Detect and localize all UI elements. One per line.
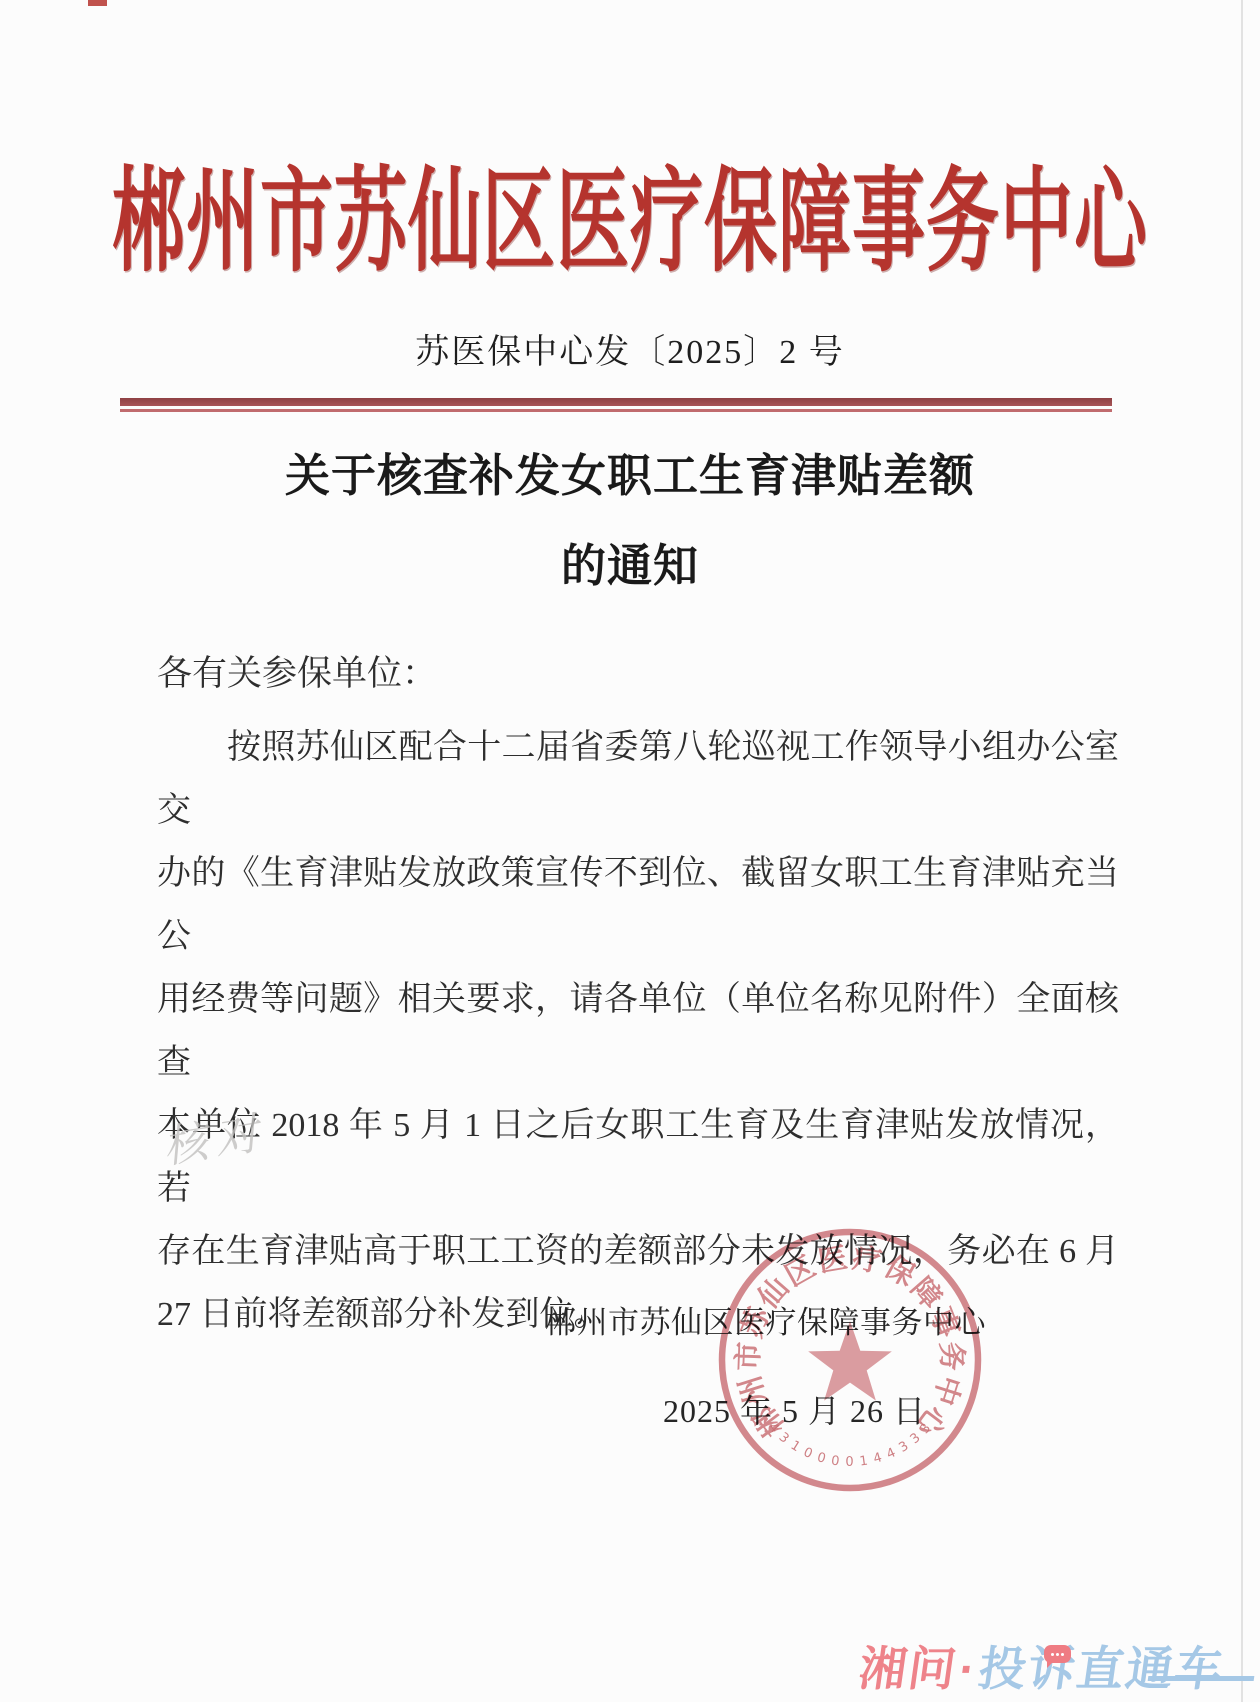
doc-number: 苏医保中心发〔2025〕2 号 [0, 324, 1260, 373]
letterhead-title: 郴州市苏仙区医疗保障事务中心 [112, 165, 1148, 278]
notice-title-line2: 的通知 [0, 542, 1260, 592]
seal-code-digit: 0 [830, 1453, 841, 1469]
watermark-underline [1148, 1676, 1255, 1681]
seal-ring-char: 市 [732, 1341, 766, 1371]
seal-ring-char: 医 [816, 1241, 850, 1278]
watermark: 湘问·投诉直通车 [855, 1632, 1229, 1699]
seal-ring-char: 州 [734, 1372, 773, 1409]
seal-code-digit: 0 [815, 1450, 828, 1467]
seal-code-digit: 4 [884, 1445, 899, 1462]
document-page: 郴州市苏仙区医疗保障事务中心 苏医保中心发〔2025〕2 号 关于核查补发女职工… [0, 0, 1260, 1702]
rule-thin-bar [120, 409, 1112, 412]
body-line: 用经费等问题》相关要求，请各单位（单位名称见附件）全面核查 [157, 968, 1119, 1094]
seal-code-digit: 4 [872, 1450, 885, 1467]
official-seal: 郴州市苏仙区医疗保障事务中心4310000144333 [705, 1215, 995, 1505]
seal-ring-char: 疗 [850, 1241, 884, 1278]
letterhead: 郴州市苏仙区医疗保障事务中心 [0, 162, 1260, 282]
salutation: 各有关参保单位： [157, 646, 437, 696]
rule-thick-bar [120, 398, 1112, 406]
body-line: 办的《生育津贴发放政策宣传不到位、截留女职工生育津贴充当公 [157, 842, 1119, 968]
seal-code-digit: 0 [845, 1455, 854, 1470]
seal-code-digit: 1 [788, 1438, 804, 1456]
notice-title-line1: 关于核查补发女职工生育津贴差额 [0, 452, 1260, 502]
speech-bubble-icon [1044, 1645, 1071, 1663]
scan-corner-mark [88, 0, 107, 6]
watermark-pink-text: 湘问 [856, 1642, 961, 1695]
body-line: 本单位 2018 年 5 月 1 日之后女职工生育及生育津贴发放情况，若 [157, 1094, 1119, 1220]
seal-code-digit: 0 [801, 1445, 816, 1462]
seal-star-icon [808, 1321, 892, 1401]
seal-code-digit: 1 [859, 1453, 870, 1469]
body-line: 按照苏仙区配合十二届省委第八轮巡视工作领导小组办公室交 [157, 716, 1119, 842]
seal-code-digit: 3 [896, 1438, 912, 1456]
watermark-blue-text: 投诉直通车 [976, 1642, 1228, 1695]
seal-code-digit: 3 [908, 1430, 925, 1447]
seal-graphic: 郴州市苏仙区医疗保障事务中心4310000144333 [705, 1215, 995, 1505]
separator-rule [120, 398, 1112, 412]
seal-ring-char: 务 [934, 1341, 968, 1371]
